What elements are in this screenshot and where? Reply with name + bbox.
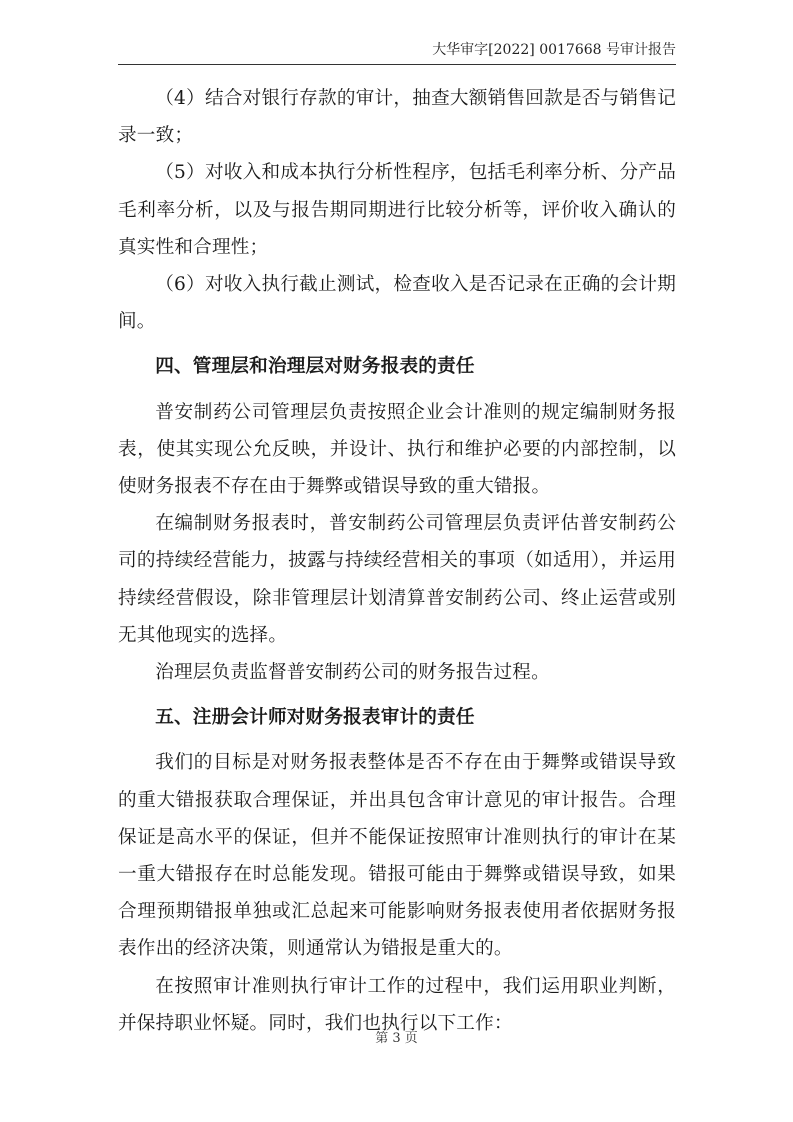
- page-header: 大华审字[2022] 0017668 号审计报告: [118, 38, 676, 65]
- procedure-item-4: （4）结合对银行存款的审计，抽查大额销售回款是否与销售记录一致；: [118, 80, 676, 154]
- page-number: 第 3 页: [0, 1027, 793, 1046]
- paragraph: 普安制药公司管理层负责按照企业会计准则的规定编制财务报表，使其实现公允反映，并设…: [118, 394, 676, 506]
- paragraph: 治理层负责监督普安制药公司的财务报告过程。: [118, 654, 676, 691]
- section-heading-auditor-responsibility: 五、注册会计师对财务报表审计的责任: [118, 691, 676, 744]
- paragraph: 我们的目标是对财务报表整体是否不存在由于舞弊或错误导致的重大错报获取合理保证，并…: [118, 744, 676, 967]
- procedure-item-5: （5）对收入和成本执行分析性程序，包括毛利率分析、分产品毛利率分析，以及与报告期…: [118, 154, 676, 266]
- paragraph: 在编制财务报表时，普安制药公司管理层负责评估普安制药公司的持续经营能力，披露与持…: [118, 505, 676, 654]
- procedure-item-6: （6）对收入执行截止测试，检查收入是否记录在正确的会计期间。: [118, 266, 676, 340]
- document-body: （4）结合对银行存款的审计，抽查大额销售回款是否与销售记录一致； （5）对收入和…: [118, 80, 676, 1042]
- report-number: 大华审字[2022] 0017668 号审计报告: [432, 42, 676, 58]
- section-heading-management-responsibility: 四、管理层和治理层对财务报表的责任: [118, 340, 676, 393]
